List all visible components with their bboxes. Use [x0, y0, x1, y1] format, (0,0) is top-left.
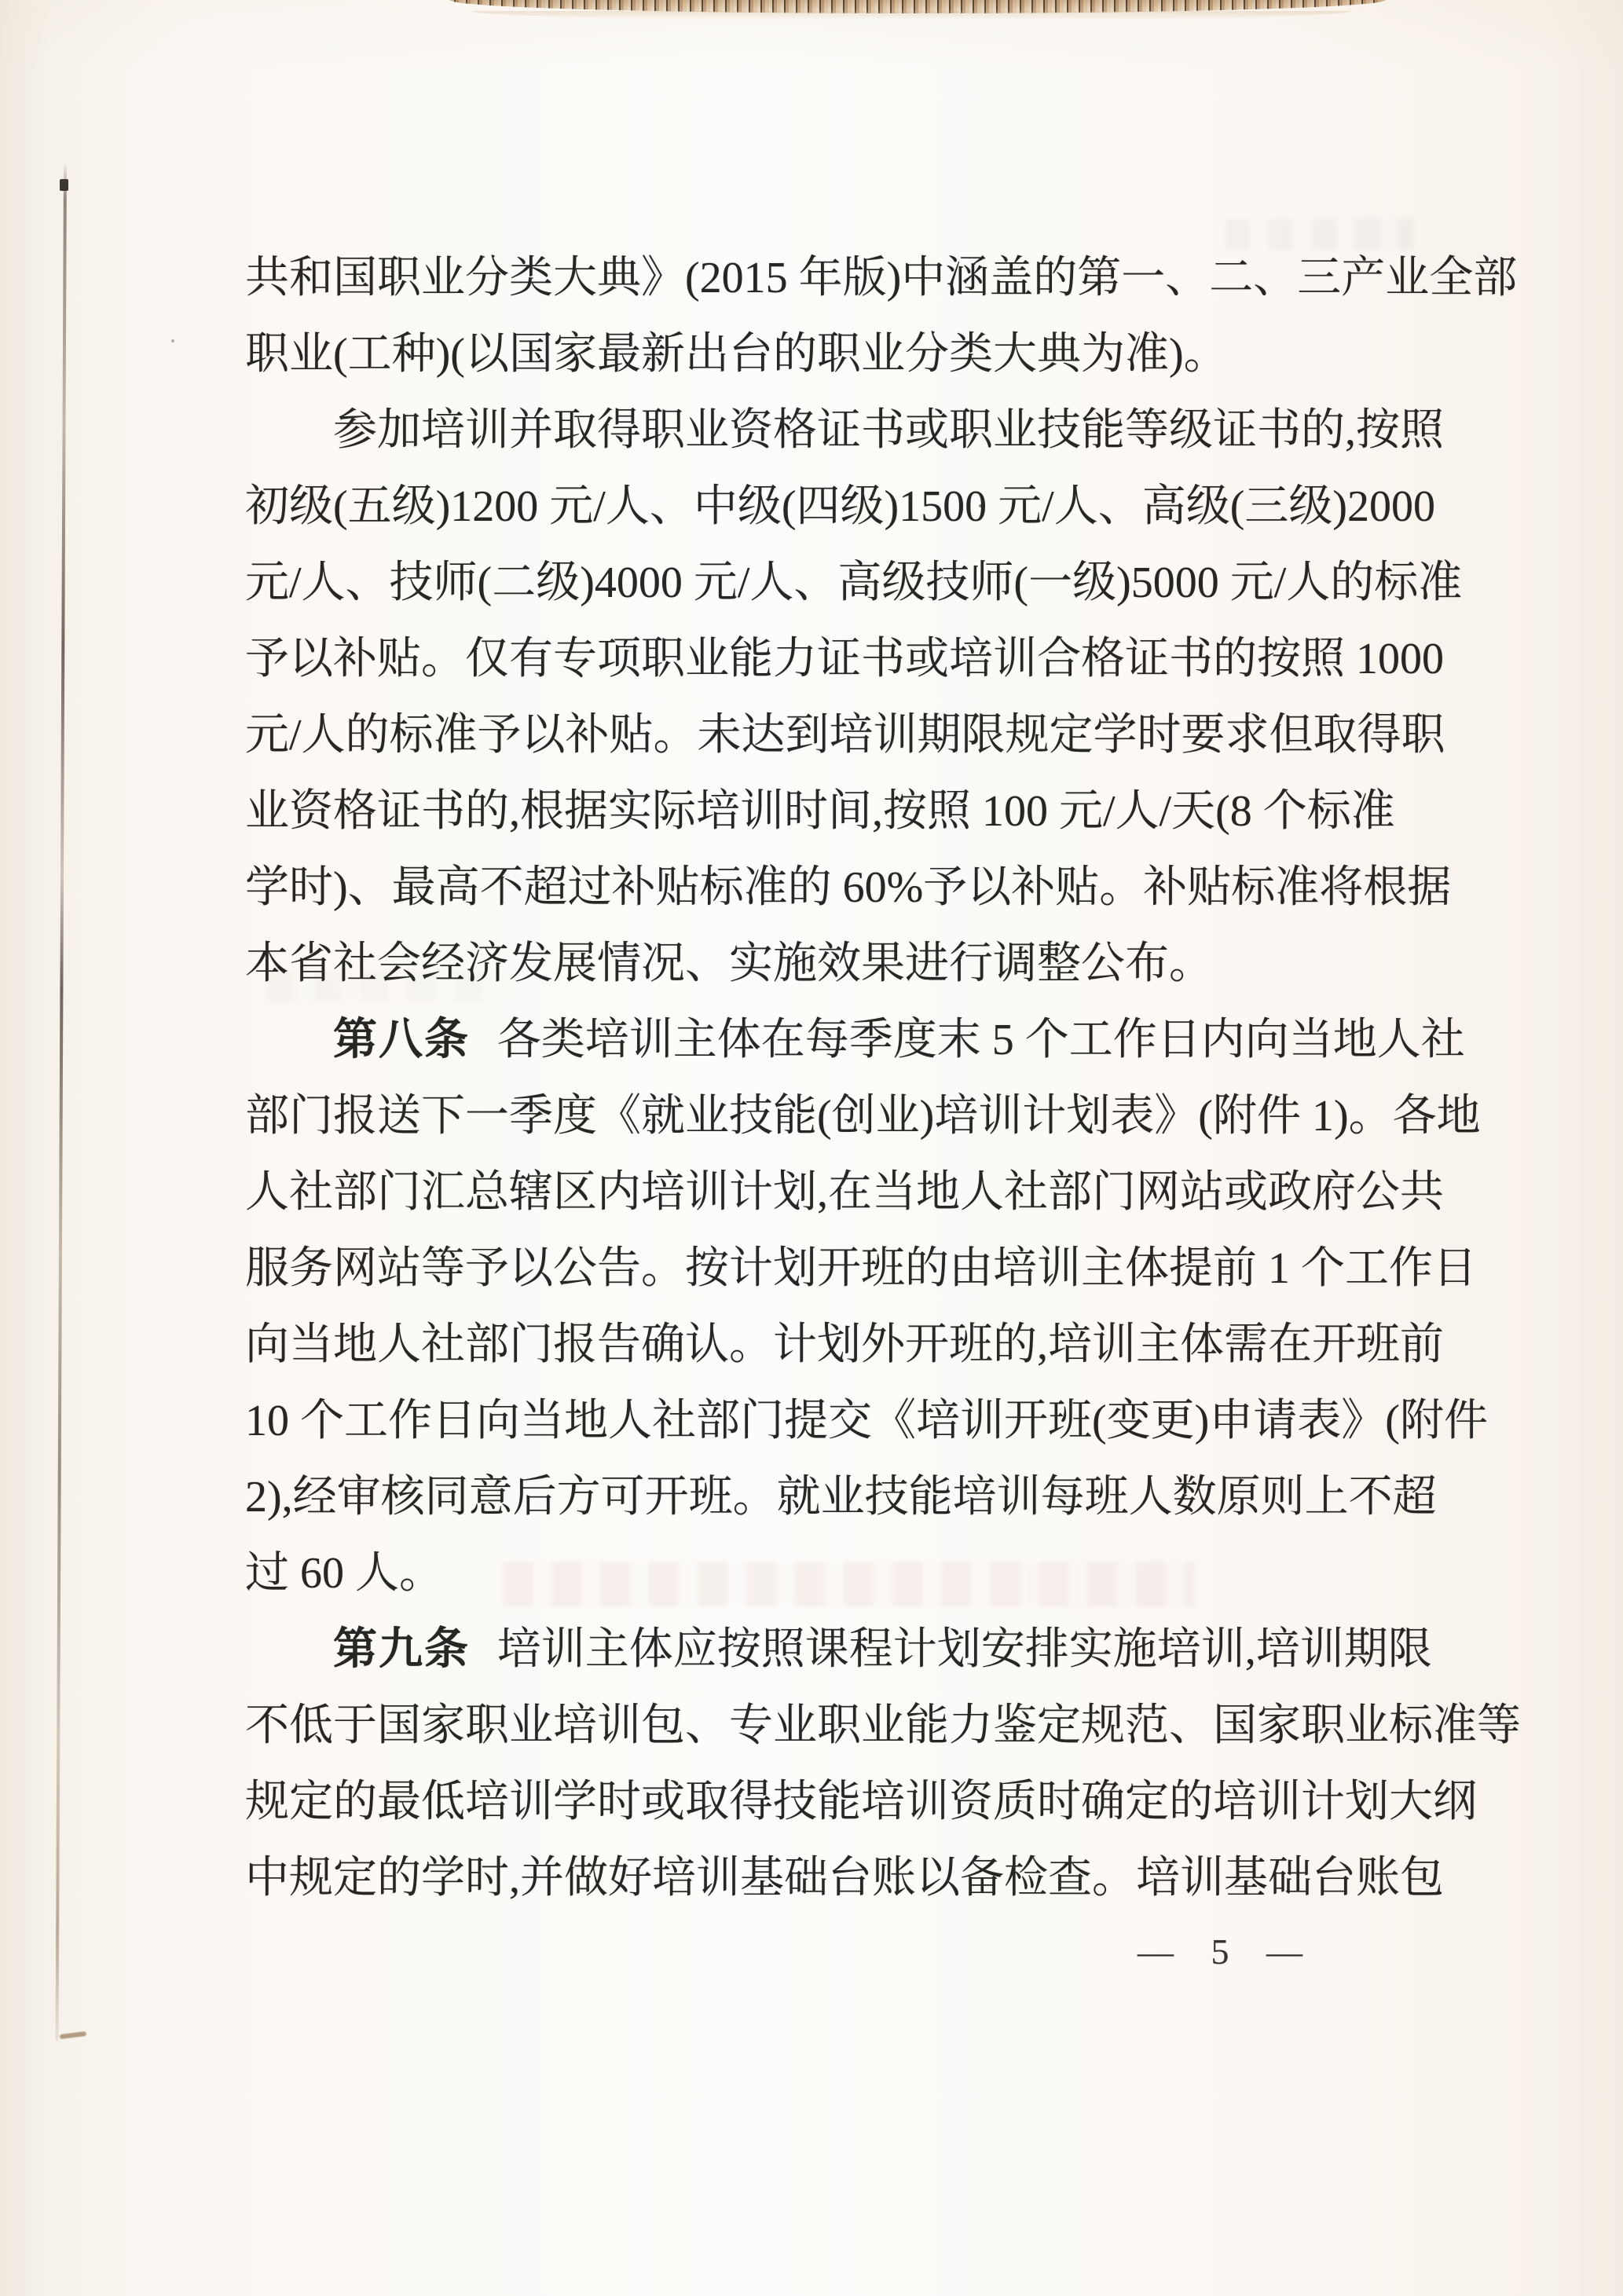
line-text: 人社部门汇总辖区内培训计划,在当地人社部门网站或政府公共: [245, 1168, 1444, 1217]
text-line: 不低于国家职业培训包、专业职业能力鉴定规范、国家职业标准等: [245, 1688, 1381, 1764]
line-text: 向当地人社部门报告确认。计划外开班的,培训主体需在开班前: [245, 1320, 1444, 1369]
text-line: 初级(五级)1200 元/人、中级(四级)1500 元/人、高级(三级)2000: [245, 469, 1381, 545]
text-line-article-9: 第九条培训主体应按照课程计划安排实施培训,培训期限: [245, 1612, 1381, 1688]
binding-fold-line: [56, 162, 67, 2041]
text-line: 2),经审核同意后方可开班。就业技能培训每班人数原则上不超: [245, 1459, 1381, 1536]
text-line: 职业(工种)(以国家最新出台的职业分类大典为准)。: [245, 317, 1381, 393]
line-text: 部门报送下一季度《就业技能(创业)培训计划表》(附件 1)。各地: [245, 1092, 1481, 1141]
text-line: 元/人的标准予以补贴。未达到培训期限规定学时要求但取得职: [245, 698, 1381, 774]
article-number-label: 第九条: [333, 1625, 470, 1674]
text-line: 学时)、最高不超过补贴标准的 60%予以补贴。补贴标准将根据: [245, 850, 1381, 926]
text-line: 中规定的学时,并做好培训基础台账以备检查。培训基础台账包: [245, 1840, 1381, 1917]
document-body-text: 共和国职业分类大典》(2015 年版)中涵盖的第一、二、三产业全部 职业(工种)…: [245, 240, 1381, 1917]
text-line: 部门报送下一季度《就业技能(创业)培训计划表》(附件 1)。各地: [245, 1078, 1381, 1155]
ink-blot-artifact: [60, 179, 68, 191]
line-text: 服务网站等予以公告。按计划开班的由培训主体提前 1 个工作日: [245, 1244, 1477, 1293]
text-line-article-8: 第八条各类培训主体在每季度末 5 个工作日内向当地人社: [245, 1002, 1381, 1078]
text-line: 业资格证书的,根据实际培训时间,按照 100 元/人/天(8 个标准: [245, 774, 1381, 850]
line-text: 2),经审核同意后方可开班。就业技能培训每班人数原则上不超: [245, 1473, 1437, 1522]
article-number-label: 第八条: [333, 1016, 470, 1064]
line-text: 予以补贴。仅有专项职业能力证书或培训合格证书的按照 1000: [245, 635, 1444, 683]
line-text: 规定的最低培训学时或取得技能培训资质时确定的培训计划大纲: [245, 1778, 1477, 1826]
text-line: 本省社会经济发展情况、实施效果进行调整公布。: [245, 926, 1381, 1002]
line-text: 学时)、最高不超过补贴标准的 60%予以补贴。补贴标准将根据: [245, 863, 1451, 912]
text-line: 元/人、技师(二级)4000 元/人、高级技师(一级)5000 元/人的标准: [245, 545, 1381, 621]
book-top-edge-shadow: [471, 11, 1351, 20]
line-text: 培训主体应按照课程计划安排实施培训,培训期限: [497, 1625, 1432, 1674]
line-text: 本省社会经济发展情况、实施效果进行调整公布。: [245, 939, 1213, 988]
line-text: 初级(五级)1200 元/人、中级(四级)1500 元/人、高级(三级)2000: [245, 482, 1435, 531]
line-text: 不低于国家职业培训包、专业职业能力鉴定规范、国家职业标准等: [245, 1701, 1521, 1750]
line-text: 元/人、技师(二级)4000 元/人、高级技师(一级)5000 元/人的标准: [245, 558, 1462, 607]
text-line: 过 60 人。: [245, 1536, 1381, 1612]
text-line: 服务网站等予以公告。按计划开班的由培训主体提前 1 个工作日: [245, 1231, 1381, 1307]
text-line: 向当地人社部门报告确认。计划外开班的,培训主体需在开班前: [245, 1307, 1381, 1383]
text-line: 参加培训并取得职业资格证书或职业技能等级证书的,按照: [245, 393, 1381, 469]
line-text: 共和国职业分类大典》(2015 年版)中涵盖的第一、二、三产业全部: [245, 254, 1517, 302]
text-line: 人社部门汇总辖区内培训计划,在当地人社部门网站或政府公共: [245, 1155, 1381, 1231]
line-text: 元/人的标准予以补贴。未达到培训期限规定学时要求但取得职: [245, 711, 1445, 760]
line-text: 职业(工种)(以国家最新出台的职业分类大典为准)。: [245, 330, 1228, 379]
page-number: — 5 —: [1101, 1931, 1353, 1972]
text-line: 规定的最低培训学时或取得技能培训资质时确定的培训计划大纲: [245, 1764, 1381, 1840]
line-text: 业资格证书的,根据实际培训时间,按照 100 元/人/天(8 个标准: [245, 787, 1395, 836]
scanned-document-page: 共和国职业分类大典》(2015 年版)中涵盖的第一、二、三产业全部 职业(工种)…: [0, 0, 1623, 2296]
text-line: 10 个工作日向当地人社部门提交《培训开班(变更)申请表》(附件: [245, 1383, 1381, 1459]
line-text: 各类培训主体在每季度末 5 个工作日内向当地人社: [497, 1016, 1465, 1064]
line-text: 参加培训并取得职业资格证书或职业技能等级证书的,按照: [333, 406, 1444, 455]
line-text: 过 60 人。: [245, 1549, 443, 1598]
fold-line-end-mark: [60, 2031, 86, 2039]
line-text: 中规定的学时,并做好培训基础台账以备检查。培训基础台账包: [245, 1854, 1444, 1902]
text-line: 予以补贴。仅有专项职业能力证书或培训合格证书的按照 1000: [245, 621, 1381, 698]
dust-speck: [171, 339, 174, 342]
text-line: 共和国职业分类大典》(2015 年版)中涵盖的第一、二、三产业全部: [245, 240, 1381, 317]
line-text: 10 个工作日向当地人社部门提交《培训开班(变更)申请表》(附件: [245, 1397, 1488, 1445]
